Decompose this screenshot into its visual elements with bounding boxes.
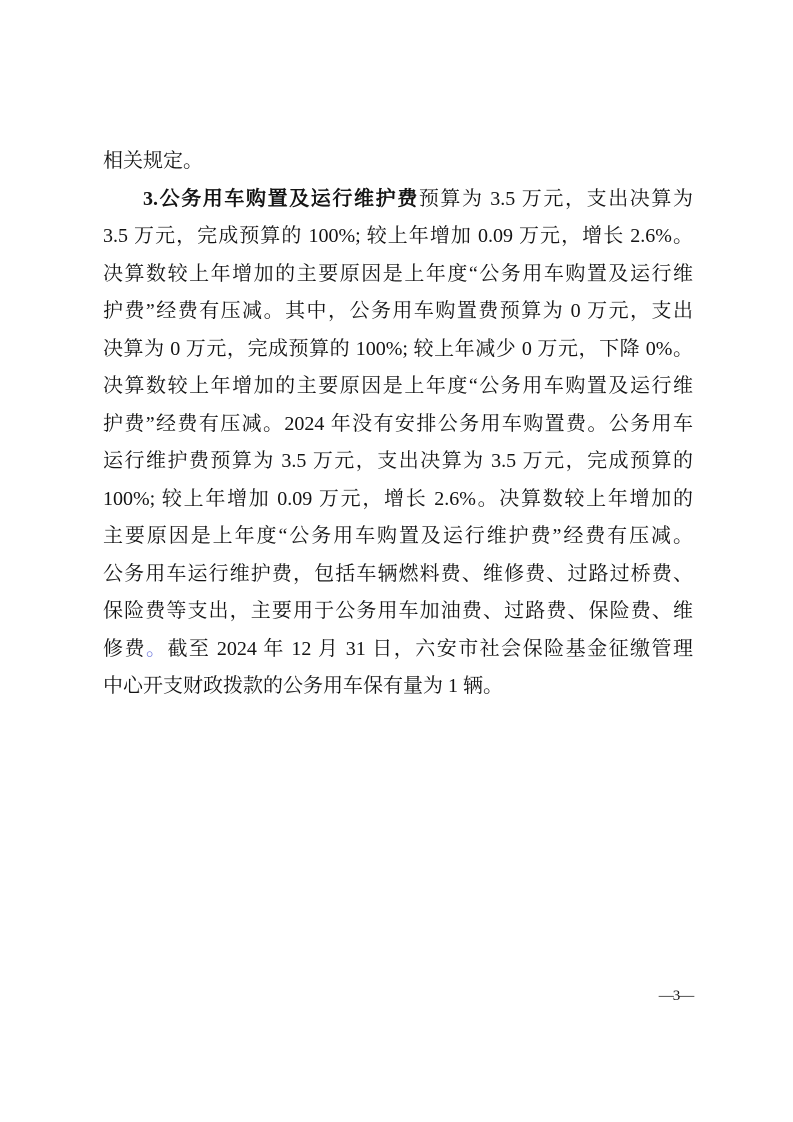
body-text: 运行维护费预算为 3.5 万元，支出决算为 3.5 万元，完成预算的 — [103, 450, 693, 472]
body-text: 100%; 较上年增加 0.09 万元，增长 2.6%。决算数较上年增加的 — [103, 488, 693, 510]
text-line: 运行维护费预算为 3.5 万元，支出决算为 3.5 万元，完成预算的 — [103, 443, 693, 481]
text-line: 决算为 0 万元，完成预算的 100%; 较上年减少 0 万元，下降 0%。 — [103, 331, 693, 369]
body-text: 相关规定。 — [103, 150, 203, 172]
text-line: 3.公务用车购置及运行维护费预算为 3.5 万元，支出决算为 — [103, 181, 693, 219]
text-line: 决算数较上年增加的主要原因是上年度“公务用车购置及运行维 — [103, 256, 693, 294]
text-line: 保险费等支出，主要用于公务用车加油费、过路费、保险费、维 — [103, 593, 693, 631]
blue-punctuation: 。 — [146, 638, 167, 660]
body-text: 3.5 万元，完成预算的 100%; 较上年增加 0.09 万元，增长 2.6%… — [103, 225, 693, 247]
text-line: 中心开支财政拨款的公务用车保有量为 1 辆。 — [103, 668, 693, 706]
body-text: 护费”经费有压减。其中，公务用车购置费预算为 0 万元，支出 — [103, 300, 693, 322]
body-text: 保险费等支出，主要用于公务用车加油费、过路费、保险费、维 — [103, 600, 693, 622]
page-number: —3— — [648, 988, 704, 1005]
body-text: 主要原因是上年度“公务用车购置及运行维护费”经费有压减。 — [103, 525, 693, 547]
body-text: 预算为 3.5 万元，支出决算为 — [419, 188, 693, 210]
text-line: 护费”经费有压减。2024 年没有安排公务用车购置费。公务用车 — [103, 406, 693, 444]
text-line: 修费。截至 2024 年 12 月 31 日，六安市社会保险基金征缴管理 — [103, 631, 693, 669]
text-line: 3.5 万元，完成预算的 100%; 较上年增加 0.09 万元，增长 2.6%… — [103, 218, 693, 256]
body-text: 决算数较上年增加的主要原因是上年度“公务用车购置及运行维 — [103, 263, 693, 285]
text-line: 公务用车运行维护费，包括车辆燃料费、维修费、过路过桥费、 — [103, 556, 693, 594]
body-text: 决算数较上年增加的主要原因是上年度“公务用车购置及运行维 — [103, 375, 693, 397]
body-text: 修费 — [103, 638, 146, 660]
text-line: 护费”经费有压减。其中，公务用车购置费预算为 0 万元，支出 — [103, 293, 693, 331]
document-page: 相关规定。3.公务用车购置及运行维护费预算为 3.5 万元，支出决算为3.5 万… — [0, 0, 793, 1122]
body-text: 公务用车运行维护费，包括车辆燃料费、维修费、过路过桥费、 — [103, 563, 693, 585]
text-line: 主要原因是上年度“公务用车购置及运行维护费”经费有压减。 — [103, 518, 693, 556]
section-heading-text: 3.公务用车购置及运行维护费 — [143, 188, 419, 210]
body-text: 决算为 0 万元，完成预算的 100%; 较上年减少 0 万元，下降 0%。 — [103, 338, 693, 360]
body-text: 中心开支财政拨款的公务用车保有量为 1 辆。 — [103, 675, 503, 697]
body-text: 护费”经费有压减。2024 年没有安排公务用车购置费。公务用车 — [103, 413, 693, 435]
text-line: 决算数较上年增加的主要原因是上年度“公务用车购置及运行维 — [103, 368, 693, 406]
text-line: 100%; 较上年增加 0.09 万元，增长 2.6%。决算数较上年增加的 — [103, 481, 693, 519]
document-body: 相关规定。3.公务用车购置及运行维护费预算为 3.5 万元，支出决算为3.5 万… — [103, 143, 693, 706]
body-text: 截至 2024 年 12 月 31 日，六安市社会保险基金征缴管理 — [167, 638, 693, 660]
text-line: 相关规定。 — [103, 143, 693, 181]
